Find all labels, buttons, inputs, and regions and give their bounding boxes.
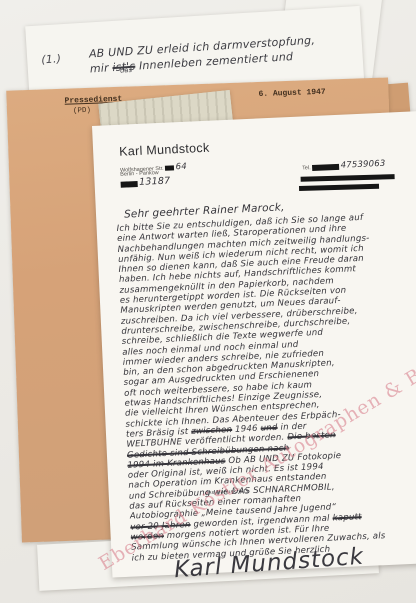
redaction-box bbox=[312, 163, 339, 170]
note-inserted-word: das bbox=[120, 66, 133, 75]
photo-of-letter-stack: (1.) AB UND ZU erleid ich darmverstopfun… bbox=[0, 0, 416, 603]
letterhead-postal: 13187 bbox=[120, 176, 170, 189]
redaction-bar bbox=[299, 184, 379, 191]
note-number-label: (1.) bbox=[41, 52, 62, 66]
letter-body: Ich bitte Sie zu entschuldigen, daß ich … bbox=[116, 210, 416, 563]
letterhead-name: Karl Mundstock bbox=[119, 141, 210, 159]
press-date: 6. August 1947 bbox=[258, 88, 325, 99]
tel-label: Tel. bbox=[302, 165, 311, 171]
redaction-box bbox=[121, 181, 138, 188]
redaction-bar bbox=[301, 174, 395, 182]
postal-code-handwritten: 13187 bbox=[139, 176, 171, 188]
letterhead-telephone: Tel. 47539063 bbox=[302, 159, 386, 173]
letter-sheet: Karl Mundstock Wolfshagener Str. 64 Berl… bbox=[92, 111, 416, 578]
press-subtitle: (PD) bbox=[73, 107, 91, 116]
tel-number-handwritten: 47539063 bbox=[340, 159, 385, 171]
redaction-box bbox=[165, 165, 174, 170]
street-number-handwritten: 64 bbox=[175, 162, 187, 172]
